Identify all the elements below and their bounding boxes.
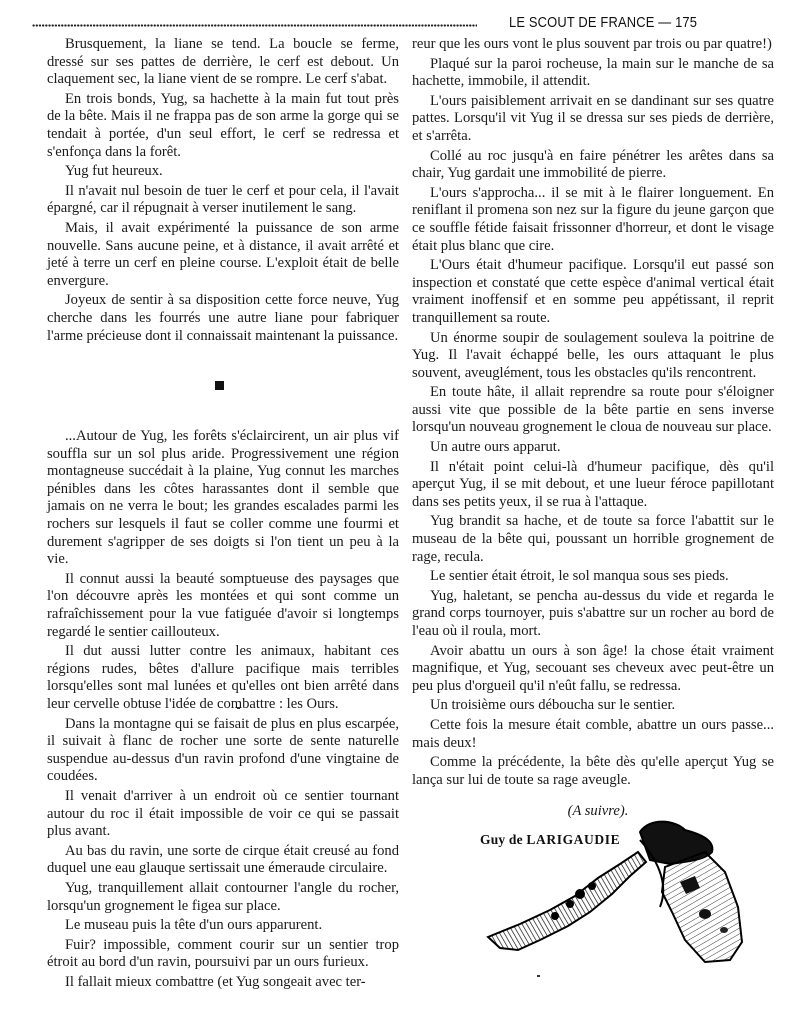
paragraph: Fuir? impossible, comment courir sur un …: [47, 937, 399, 972]
left-column: Brusquement, la liane se tend. La boucle…: [47, 36, 399, 994]
paragraph: En toute hâte, il allait reprendre sa ro…: [412, 384, 774, 437]
running-head: LE SCOUT DE FRANCE — 175: [509, 14, 697, 31]
paragraph: ...Autour de Yug, les forêts s'éclaircir…: [47, 428, 399, 569]
page-header: LE SCOUT DE FRANCE — 175: [32, 10, 777, 34]
paragraph: Au bas du ravin, une sorte de cirque éta…: [47, 843, 399, 878]
paragraph: Il dut aussi lutter contre les animaux, …: [47, 643, 399, 713]
paragraph: Il n'avait nul besoin de tuer le cerf et…: [47, 183, 399, 218]
right-column: reur que les ours vont le plus souvent p…: [412, 36, 774, 821]
paragraph: Yug, tranquillement allait contourner l'…: [47, 880, 399, 915]
paragraph: Joyeux de sentir à sa disposition cette …: [47, 292, 399, 345]
paragraph: Yug brandit sa hache, et de toute sa for…: [412, 513, 774, 566]
paragraph: Comme la précédente, la bête dès qu'elle…: [412, 754, 774, 789]
paragraph: Il connut aussi la beauté somptueuse des…: [47, 571, 399, 641]
paragraph: Avoir abattu un ours à son âge! la chose…: [412, 643, 774, 696]
paragraph: L'ours paisiblement arrivait en se dandi…: [412, 93, 774, 146]
paragraph: L'Ours était d'humeur pacifique. Lorsqu'…: [412, 257, 774, 327]
print-speck: [537, 975, 540, 977]
paragraph: Le museau puis la tête d'un ours apparur…: [47, 917, 399, 935]
paragraph: Plaqué sur la paroi rocheuse, la main su…: [412, 56, 774, 91]
paragraph: L'ours s'approcha... il se mit à le flai…: [412, 185, 774, 255]
print-speck: [237, 707, 240, 709]
paragraph: Yug fut heureux.: [47, 163, 399, 181]
paragraph: Dans la montagne qui se faisait de plus …: [47, 716, 399, 786]
paragraph: Brusquement, la liane se tend. La boucle…: [47, 36, 399, 89]
paragraph: Un troisième ours déboucha sur le sentie…: [412, 697, 774, 715]
section-separator-square-icon: [215, 381, 224, 390]
paragraph: En trois bonds, Yug, sa hachette à la ma…: [47, 91, 399, 161]
paragraph: Le sentier était étroit, le sol manqua s…: [412, 568, 774, 586]
paragraph: Il venait d'arriver à un endroit où ce s…: [47, 788, 399, 841]
paragraph-continuation: reur que les ours vont le plus souvent p…: [412, 36, 774, 54]
paragraph: Collé au roc jusqu'à en faire pénétrer l…: [412, 148, 774, 183]
paragraph: Cette fois la mesure était comble, abatt…: [412, 717, 774, 752]
stone-axe-illustration-icon: [480, 812, 770, 972]
paragraph: Il n'était point celui-là d'humeur pacif…: [412, 459, 774, 512]
paragraph: Il fallait mieux combattre (et Yug songe…: [47, 974, 399, 992]
paragraph: Mais, il avait expérimenté la puissance …: [47, 220, 399, 290]
paragraph: Un autre ours apparut.: [412, 439, 774, 457]
dotted-rule: [32, 24, 477, 27]
paragraph: Un énorme soupir de soulagement souleva …: [412, 330, 774, 383]
paragraph: Yug, haletant, se pencha au-dessus du vi…: [412, 588, 774, 641]
